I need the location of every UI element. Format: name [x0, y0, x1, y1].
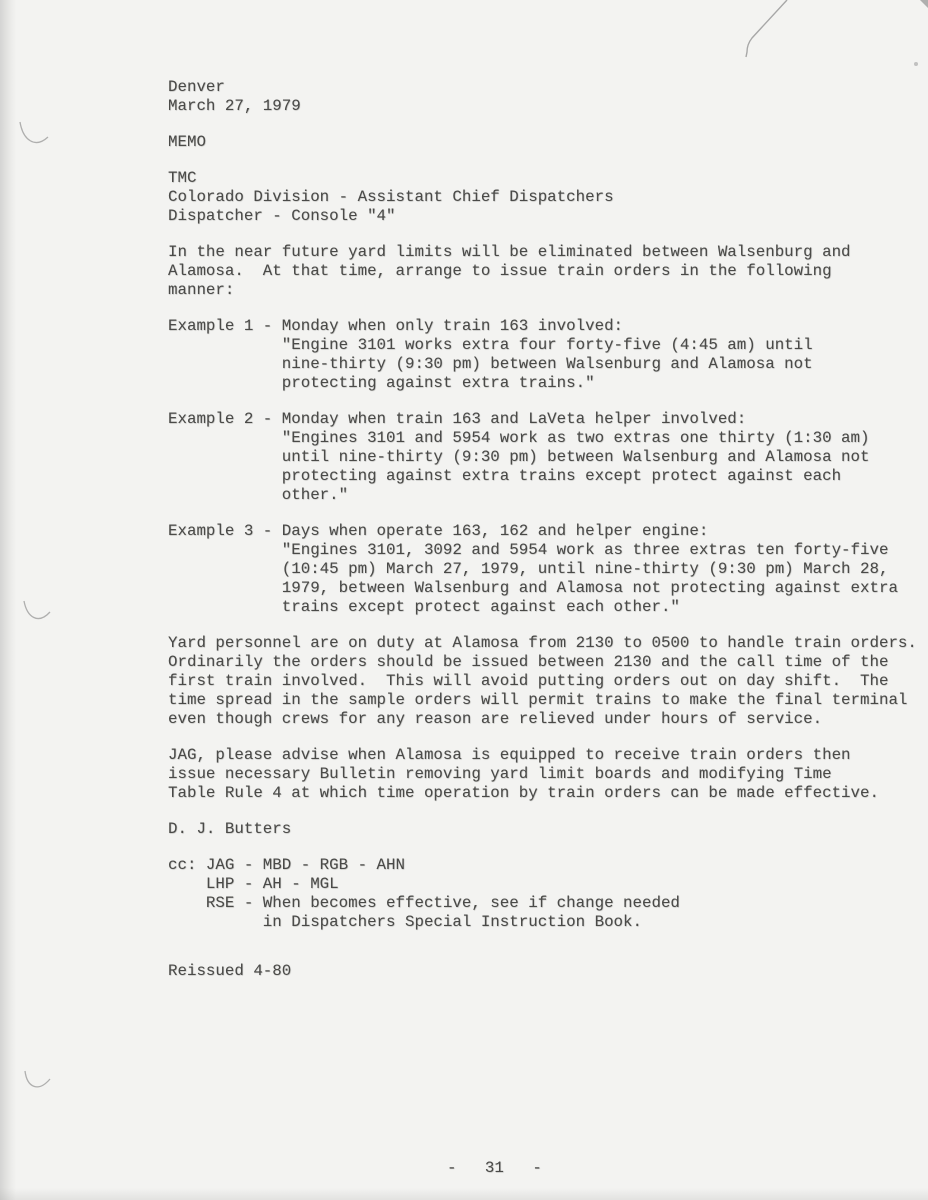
memo-yard-paragraph: Yard personnel are on duty at Alamosa fr…	[168, 634, 917, 729]
page-number: - 31 -	[447, 1159, 542, 1178]
memo-label: MEMO	[168, 133, 917, 152]
memo-dateline: Denver March 27, 1979	[168, 78, 917, 116]
memo-signature: D. J. Butters	[168, 820, 917, 839]
punch-hole-shadow-top	[20, 122, 48, 142]
scan-bottom-edge-shadow	[0, 1188, 928, 1200]
corner-speck	[920, 0, 928, 8]
crease-mark	[746, 0, 787, 57]
memo-recipients: TMC Colorado Division - Assistant Chief …	[168, 169, 917, 226]
memo-example-2: Example 2 - Monday when train 163 and La…	[168, 410, 917, 505]
dust-speck	[914, 62, 918, 66]
scanned-memo-page: Denver March 27, 1979 MEMO TMC Colorado …	[0, 0, 928, 1200]
punch-hole-shadow-bottom	[25, 1071, 50, 1087]
memo-reissued-note: Reissued 4-80	[168, 962, 917, 981]
memo-example-1: Example 1 - Monday when only train 163 i…	[168, 317, 917, 393]
memo-intro-paragraph: In the near future yard limits will be e…	[168, 243, 917, 300]
scan-left-edge-shadow	[0, 0, 16, 1200]
memo-jag-paragraph: JAG, please advise when Alamosa is equip…	[168, 746, 917, 803]
punch-hole-shadow-middle	[24, 601, 50, 618]
memo-cc-list: cc: JAG - MBD - RGB - AHN LHP - AH - MGL…	[168, 856, 917, 932]
memo-body: Denver March 27, 1979 MEMO TMC Colorado …	[168, 78, 917, 981]
memo-example-3: Example 3 - Days when operate 163, 162 a…	[168, 522, 917, 617]
